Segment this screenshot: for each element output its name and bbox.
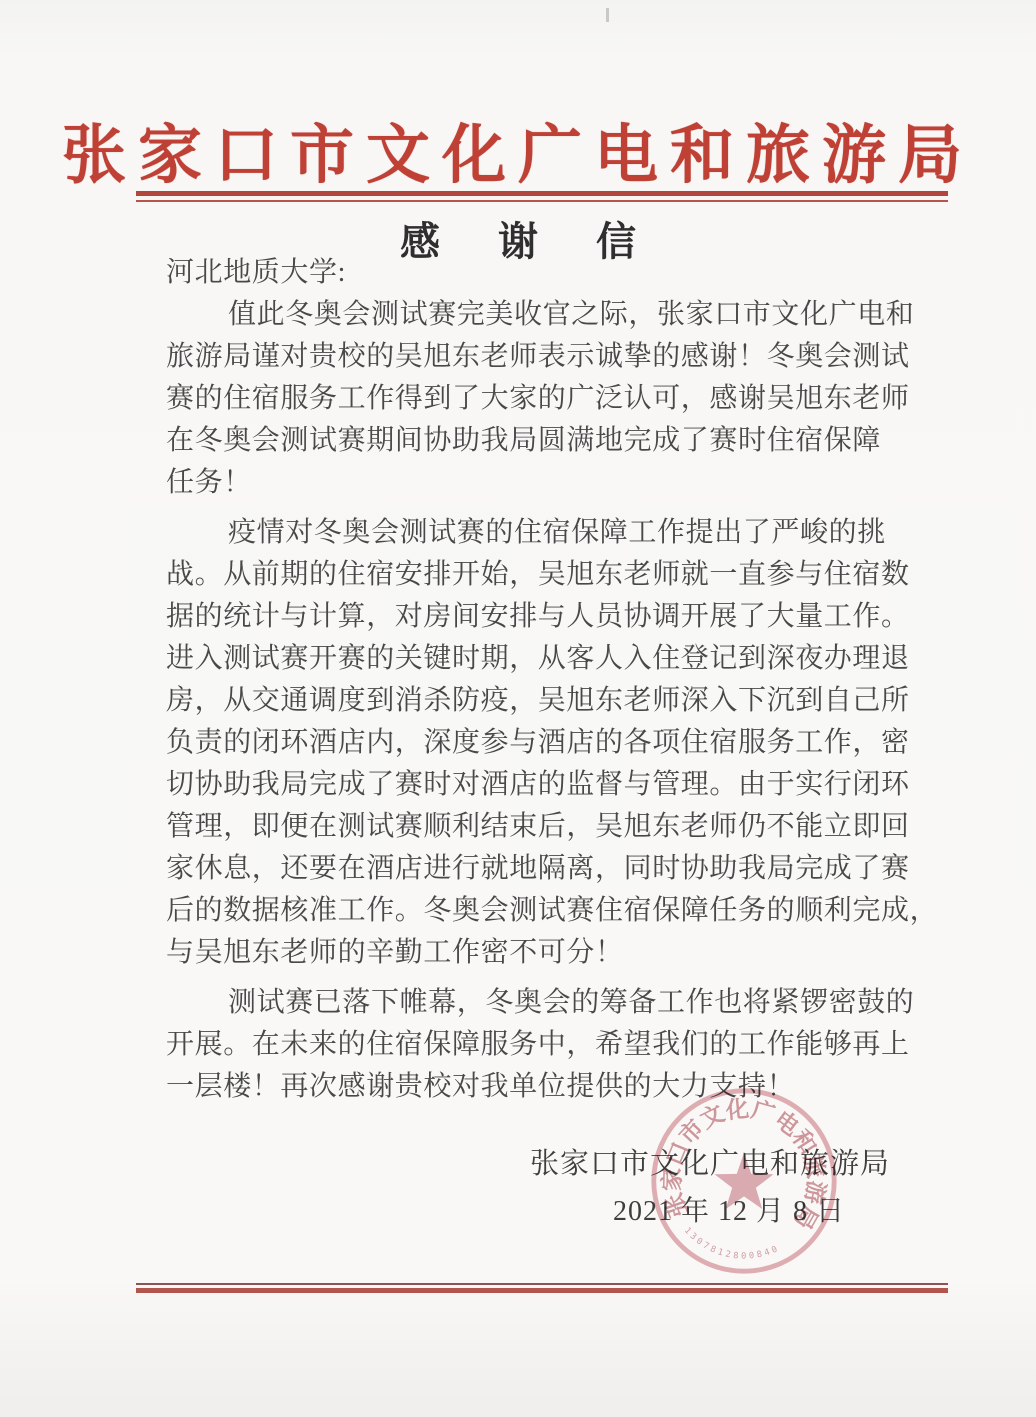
- text-line: 赛的住宿服务工作得到了大家的广泛认可，感谢吴旭东老师: [166, 378, 922, 420]
- scanned-letter-page: 张家口市文化广电和旅游局 感 谢 信 河北地质大学: 值此冬奥会测试赛完美收官之…: [0, 0, 1036, 1417]
- text-line: 管理，即便在测试赛顺利结束后，吴旭东老师仍不能立即回: [166, 806, 922, 848]
- paragraph-2: 疫情对冬奥会测试赛的住宿保障工作提出了严峻的挑 战。从前期的住宿安排开始，吴旭东…: [166, 512, 922, 974]
- text-line: 房，从交通调度到消杀防疫，吴旭东老师深入下沉到自己所: [166, 680, 922, 722]
- header-rule-thick: [136, 191, 948, 196]
- text-line: 值此冬奥会测试赛完美收官之际，张家口市文化广电和: [166, 294, 922, 336]
- text-line: 后的数据核准工作。冬奥会测试赛住宿保障任务的顺利完成，: [166, 890, 922, 932]
- text-line: 测试赛已落下帷幕，冬奥会的筹备工作也将紧锣密鼓的: [166, 982, 922, 1024]
- official-seal: 张家口市文化广电和旅游局 1307812800840: [636, 1084, 852, 1278]
- scan-artifact: [606, 8, 609, 22]
- seal-star: [715, 1153, 774, 1209]
- text-line: 旅游局谨对贵校的吴旭东老师表示诚挚的感谢！冬奥会测试: [166, 336, 922, 378]
- text-line: 任务！: [166, 462, 922, 504]
- salutation: 河北地质大学:: [166, 252, 922, 294]
- text-line: 负责的闭环酒店内，深度参与酒店的各项住宿服务工作，密: [166, 722, 922, 764]
- footer-rule-thin: [136, 1283, 948, 1285]
- text-line: 据的统计与计算，对房间安排与人员协调开展了大量工作。: [166, 596, 922, 638]
- text-line: 切协助我局完成了赛时对酒店的监督与管理。由于实行闭环: [166, 764, 922, 806]
- letter-body: 河北地质大学: 值此冬奥会测试赛完美收官之际，张家口市文化广电和 旅游局谨对贵校…: [166, 252, 922, 1116]
- text-line: 疫情对冬奥会测试赛的住宿保障工作提出了严峻的挑: [166, 512, 922, 554]
- text-line: 家休息，还要在酒店进行就地隔离，同时协助我局完成了赛: [166, 848, 922, 890]
- text-line: 战。从前期的住宿安排开始，吴旭东老师就一直参与住宿数: [166, 554, 922, 596]
- letterhead-title: 张家口市文化广电和旅游局: [0, 104, 1036, 196]
- text-line: 进入测试赛开赛的关键时期，从客人入住登记到深夜办理退: [166, 638, 922, 680]
- header-rule-thin: [136, 200, 948, 202]
- text-line: 与吴旭东老师的辛勤工作密不可分！: [166, 932, 922, 974]
- footer-rule-thick: [136, 1288, 948, 1293]
- paragraph-1: 值此冬奥会测试赛完美收官之际，张家口市文化广电和 旅游局谨对贵校的吴旭东老师表示…: [166, 294, 922, 504]
- text-line: 开展。在未来的住宿保障服务中，希望我们的工作能够再上: [166, 1024, 922, 1066]
- text-line: 在冬奥会测试赛期间协助我局圆满地完成了赛时住宿保障: [166, 420, 922, 462]
